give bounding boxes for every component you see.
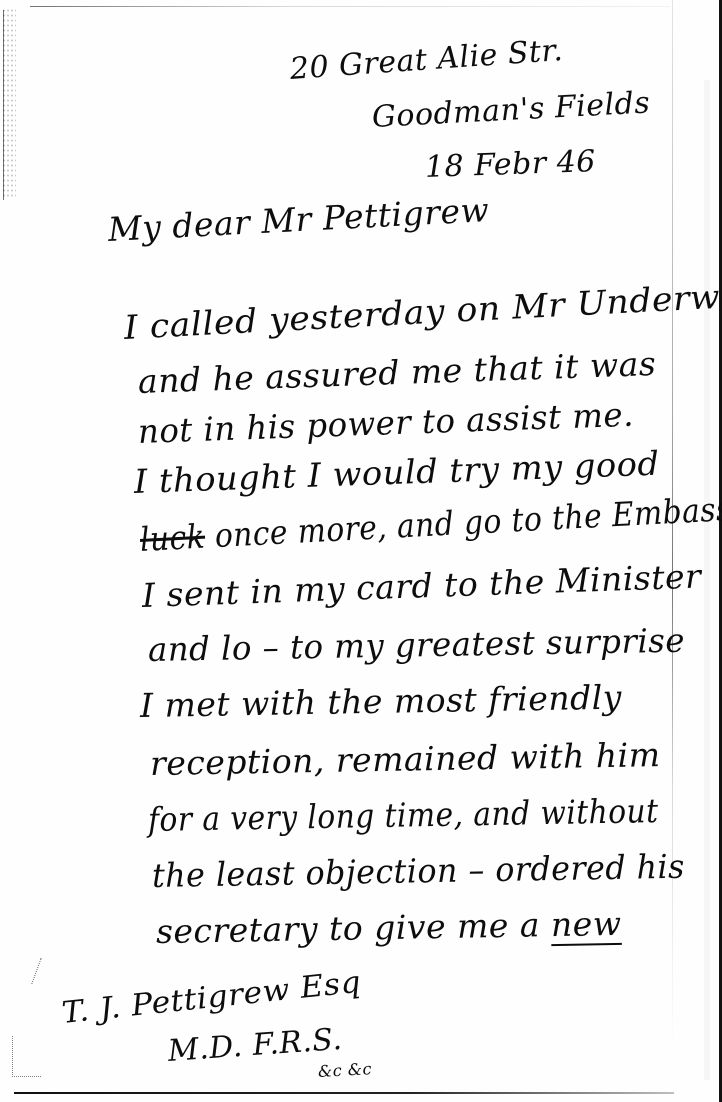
body-line: I thought I would try my good — [133, 444, 660, 501]
body-line: for a very long time, and without — [148, 791, 659, 839]
body-line: and lo – to my greatest surprise — [148, 621, 686, 669]
addressee-name: T. J. Pettigrew Esq — [60, 965, 363, 1031]
struck-word: luck — [139, 517, 206, 559]
body-line-with-strikethrough: luck once more, and go to the Embassy. — [139, 488, 722, 559]
body-line: reception, remained with him — [150, 735, 661, 783]
body-line: I met with the most friendly — [140, 678, 623, 725]
addressee-trailing-marks: &c &c — [318, 1059, 373, 1081]
body-line: and he assured me that it was — [137, 344, 656, 401]
body-line: the least objection – ordered his — [152, 847, 685, 895]
bottom-scan-edge — [14, 1092, 674, 1094]
corner-mark-bottom — [12, 1036, 41, 1077]
letter-date: 18 Febr 46 — [424, 144, 596, 185]
scan-left-edge-line — [3, 10, 4, 200]
corner-mark — [31, 958, 51, 984]
body-line-remainder: once more, and go to the Embassy. — [214, 488, 722, 555]
body-line-final: secretary to give me a new — [156, 904, 622, 951]
body-line: not in his power to assist me. — [137, 395, 634, 451]
address-line-2: Goodman's Fields — [371, 85, 651, 135]
body-line: I sent in my card to the Minister — [141, 556, 702, 615]
underlined-word: new — [551, 904, 622, 944]
body-line: I called yesterday on Mr Underwell — [123, 274, 722, 347]
right-edge-shadow — [704, 80, 710, 1080]
address-line-1: 20 Great Alie Str. — [289, 33, 564, 87]
scan-left-edge-noise — [2, 8, 16, 198]
scanned-letter-page: 20 Great Alie Str. Goodman's Fields 18 F… — [0, 0, 722, 1102]
scan-top-edge — [30, 6, 670, 7]
salutation: My dear Mr Pettigrew — [107, 190, 490, 249]
body-line-text: secretary to give me a — [156, 905, 552, 951]
